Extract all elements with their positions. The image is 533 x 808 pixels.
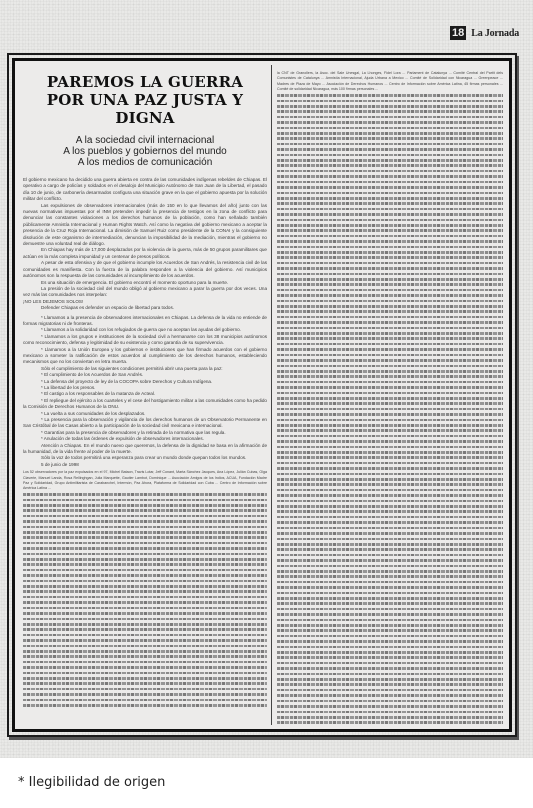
signers-list-left: Los 52 observadores por la paz expulsado… <box>23 470 267 708</box>
manifesto-body: El gobierno mexicano ha decidido una gue… <box>23 177 267 468</box>
signers-text: Los 52 observadores por la paz expulsado… <box>23 470 267 491</box>
right-column: la CNT de Granollers, la Asoc. del Sale … <box>277 65 503 725</box>
newspaper-logo: La Jornada <box>471 28 519 39</box>
addressees: A la sociedad civil internacional A los … <box>23 135 267 168</box>
advertisement-frame: PAREMOS LA GUERRA POR UNA PAZ JUSTA Y DI… <box>7 53 517 737</box>
demand: * Llamamos a los grupos e instituciones … <box>23 334 267 347</box>
illegible-signers <box>23 492 267 708</box>
condition: * La presencia para la observación y vig… <box>23 417 267 430</box>
paragraph: A pesar de esta ofensiva y de que el gob… <box>23 260 267 279</box>
newspaper-scan: 18 La Jornada PAREMOS LA GUERRA POR UNA … <box>0 0 533 758</box>
illegible-text-line <box>23 703 267 708</box>
paragraph: La presión de la sociedad civil del mund… <box>23 286 267 299</box>
column-divider <box>271 65 272 725</box>
subtitle: A los pueblos y gobiernos del mundo <box>23 146 267 157</box>
signers-list-right: la CNT de Granollers, la Asoc. del Sale … <box>277 71 503 725</box>
ad-title: PAREMOS LA GUERRA POR UNA PAZ JUSTA Y DI… <box>23 73 267 127</box>
paragraph: Las expulsiones de observadores internac… <box>23 203 267 248</box>
illegible-signers <box>277 93 503 725</box>
illegible-text-line <box>277 720 503 725</box>
masthead: 18 La Jornada <box>450 26 519 40</box>
demand: * Llamamos a la presencia de observadore… <box>23 315 267 328</box>
demand: * Llamamos a la solidaridad con los refu… <box>23 327 267 333</box>
condition: * El repliegue del ejército a los cuarte… <box>23 398 267 411</box>
paragraph: Defender Chiapas es defender un espacio … <box>23 305 267 311</box>
paragraph: Atención a Chiapas. En el mundo nuevo qu… <box>23 443 267 456</box>
caption: * Ilegibilidad de origen <box>18 775 165 790</box>
paragraph: En Chiapas hay más de 17,000 desplazados… <box>23 247 267 260</box>
left-column: PAREMOS LA GUERRA POR UNA PAZ JUSTA Y DI… <box>23 65 267 725</box>
page-number: 18 <box>450 26 466 40</box>
subtitle: A la sociedad civil internacional <box>23 135 267 146</box>
title-line-1: PAREMOS LA GUERRA <box>23 73 267 91</box>
subtitle: A los medios de comunicación <box>23 157 267 168</box>
paragraph: Sólo la voz de todos permitirá una esper… <box>23 455 267 461</box>
title-line-2: POR UNA PAZ JUSTA Y DIGNA <box>23 91 267 127</box>
demand: * Llamamos a la Unión Europea y los gobi… <box>23 347 267 366</box>
signers-text: la CNT de Granollers, la Asoc. del Sale … <box>277 71 503 93</box>
advertisement-inner-border: PAREMOS LA GUERRA POR UNA PAZ JUSTA Y DI… <box>12 58 512 732</box>
date: 5 de junio de 1998 <box>23 462 267 468</box>
paragraph: El gobierno mexicano ha decidido una gue… <box>23 177 267 203</box>
